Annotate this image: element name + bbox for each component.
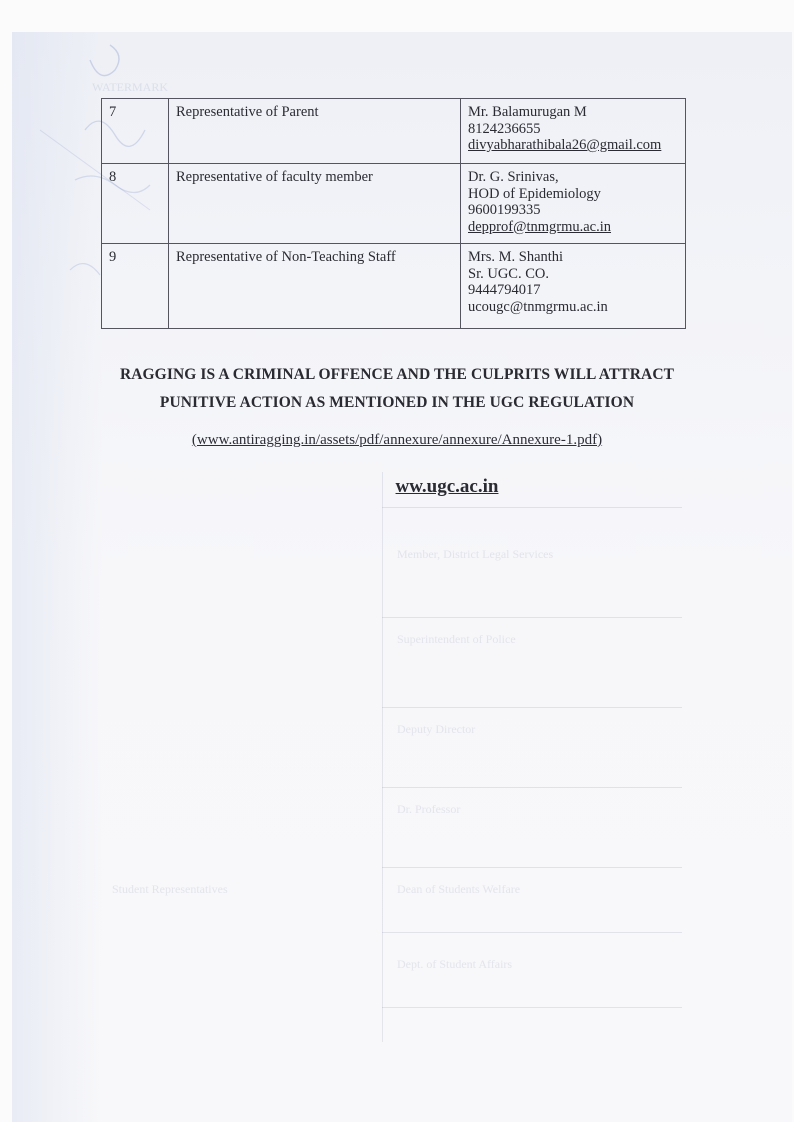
table-row: 8 Representative of faculty member Dr. G…: [102, 164, 686, 244]
committee-members-table: 7 Representative of Parent Mr. Balamurug…: [101, 98, 686, 329]
ragging-warning-line-2: PUNITIVE ACTION AS MENTIONED IN THE UGC …: [0, 394, 794, 412]
table-row: 9 Representative of Non-Teaching Staff M…: [102, 244, 686, 329]
member-details: Mr. Balamurugan M 8124236655 divyabharat…: [461, 99, 686, 164]
member-role: Representative of faculty member: [169, 164, 461, 244]
serial-number: 7: [102, 99, 169, 164]
member-phone: 9444794017: [468, 282, 678, 299]
ragging-warning-line-1: RAGGING IS A CRIMINAL OFFENCE AND THE CU…: [0, 366, 794, 384]
serial-number: 9: [102, 244, 169, 329]
member-details: Dr. G. Srinivas, HOD of Epidemiology 960…: [461, 164, 686, 244]
member-designation: HOD of Epidemiology: [468, 186, 678, 203]
member-name: Dr. G. Srinivas,: [468, 169, 678, 186]
serial-number: 8: [102, 164, 169, 244]
member-name: Mr. Balamurugan M: [468, 104, 678, 121]
member-details: Mrs. M. Shanthi Sr. UGC. CO. 9444794017 …: [461, 244, 686, 329]
antiragging-annexure-link[interactable]: (www.antiragging.in/assets/pdf/annexure/…: [0, 432, 794, 449]
member-email-link[interactable]: depprof@tnmgrmu.ac.in: [468, 219, 678, 236]
table-row: 7 Representative of Parent Mr. Balamurug…: [102, 99, 686, 164]
member-role: Representative of Parent: [169, 99, 461, 164]
member-phone: 9600199335: [468, 202, 678, 219]
member-email-link[interactable]: divyabharathibala26@gmail.com: [468, 137, 678, 154]
member-email: ucougc@tnmgrmu.ac.in: [468, 299, 678, 316]
ugc-website-link[interactable]: ww.ugc.ac.in: [0, 476, 794, 498]
member-name: Mrs. M. Shanthi: [468, 249, 678, 266]
member-designation: Sr. UGC. CO.: [468, 266, 678, 283]
member-phone: 8124236655: [468, 121, 678, 138]
member-role: Representative of Non-Teaching Staff: [169, 244, 461, 329]
